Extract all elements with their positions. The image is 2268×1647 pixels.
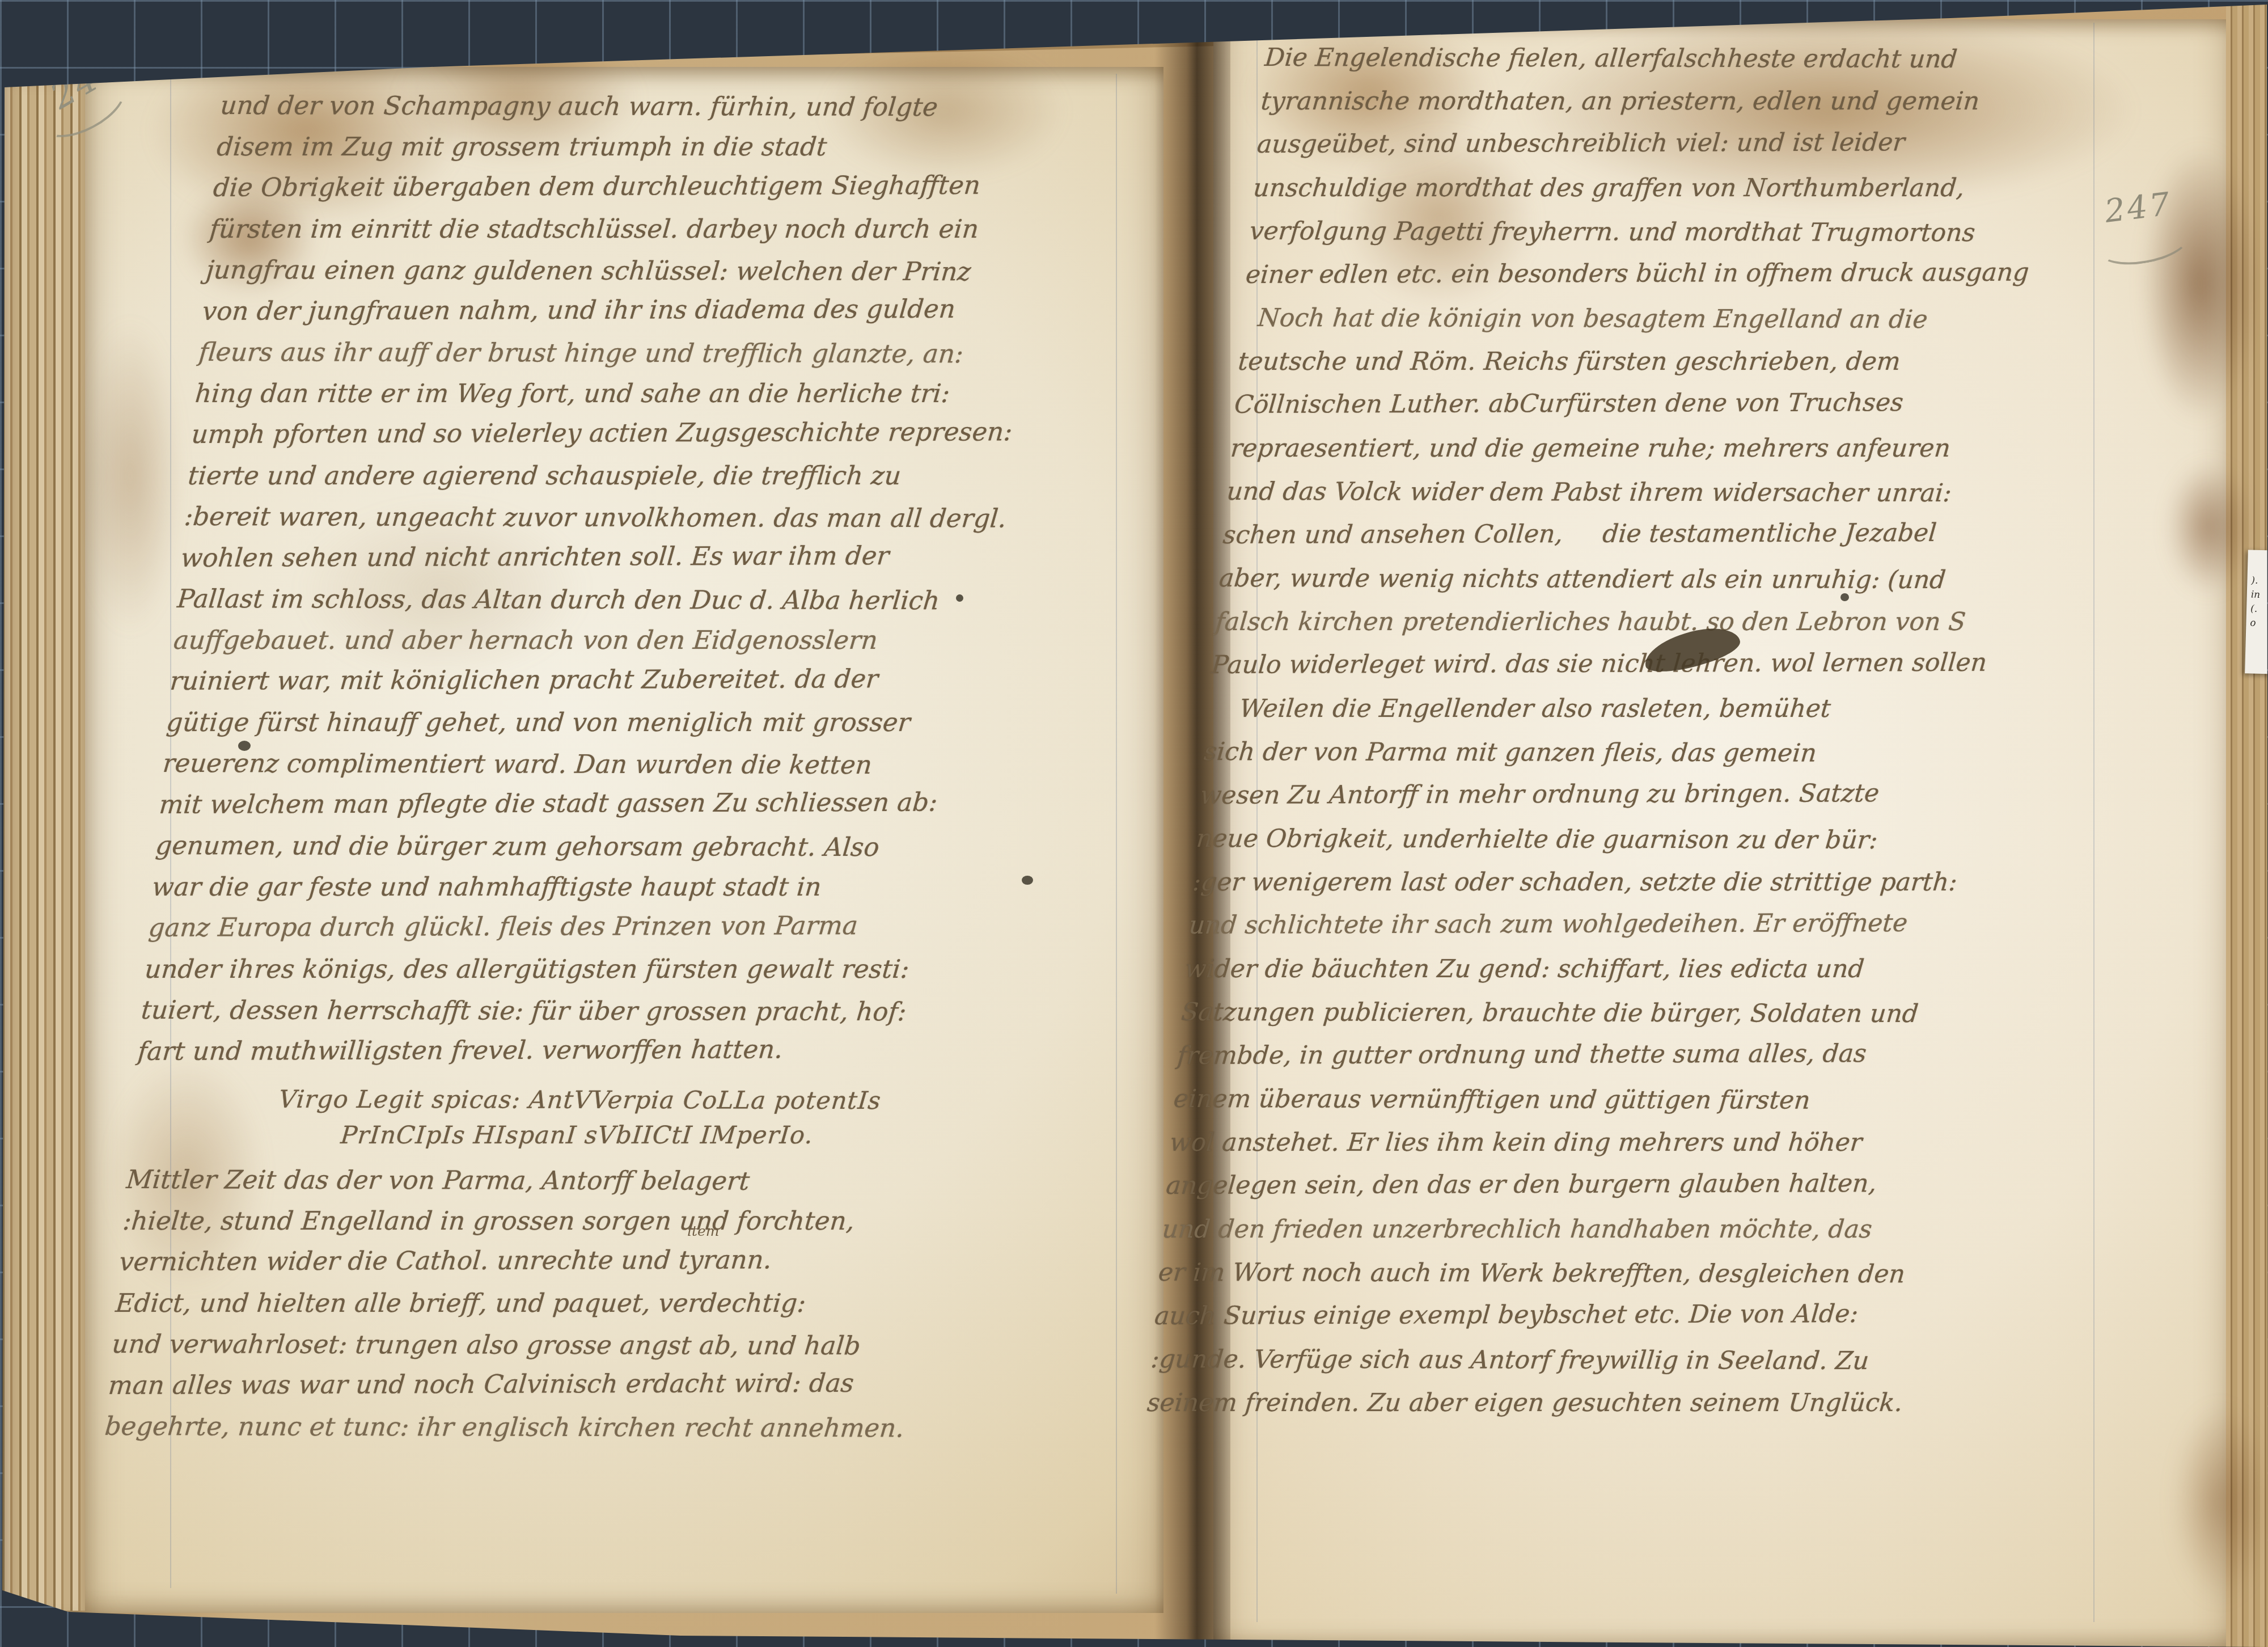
manuscript-line: :ger wenigerem last oder schaden, setzte… xyxy=(1191,861,2028,905)
manuscript-line: fürsten im einritt die stadtschlüssel. d… xyxy=(208,209,1105,250)
ink-fleck xyxy=(1840,593,1849,601)
manuscript-line: ruiniert war, mit königlichen pracht Zub… xyxy=(168,658,1065,702)
manuscript-line: seinem freinden. Zu aber eigen gesuchten… xyxy=(1145,1382,1983,1425)
manuscript-line: fart und muthwilligsten frevel. verworff… xyxy=(136,1028,1033,1072)
left-page-text: und der von Schampagny auch warn. fürhin… xyxy=(103,85,1115,1447)
manuscript-line: o xyxy=(2250,616,2268,631)
ink-fleck xyxy=(1022,876,1033,885)
manuscript-line: tierte und andere agierend schauspiele, … xyxy=(187,455,1083,497)
manuscript-line: Weilen die Engellender also rasleten, be… xyxy=(1206,687,2043,731)
manuscript-line: Edict, und hielten alle brieff, und paqu… xyxy=(114,1283,1010,1324)
manuscript-line: falsch kirchen pretendierliches haubt. s… xyxy=(1213,601,2051,644)
manuscript-line: :bereit waren, ungeacht zuvor unvolkhome… xyxy=(183,496,1079,539)
manuscript-line: Mittler Zeit das der von Parma, Antorff … xyxy=(125,1159,1021,1202)
manuscript-line: ganz Europa durch glückl. fleis des Prin… xyxy=(147,905,1044,948)
manuscript-line: Cöllnischen Luther. abCurfürsten dene vo… xyxy=(1233,381,2070,426)
manuscript-line: begehrte, nunc et tunc: ihr englisch kir… xyxy=(103,1406,1000,1449)
manuscript-line: und schlichtete ihr sach zum wohlgedeihe… xyxy=(1187,901,2025,947)
manuscript-line: aber, wurde wenig nichts attendiert als … xyxy=(1217,557,2055,602)
manuscript-line: Noch hat die königin von besagtem Engell… xyxy=(1240,297,2077,342)
manuscript-line: auffgebauet. und aber hernach von den Ei… xyxy=(172,620,1068,661)
left-text-bottom: Mittler Zeit das der von Parma, Antorff … xyxy=(103,1159,1021,1447)
manuscript-line: ausgeübet, sind unbeschreiblich viel: un… xyxy=(1255,120,2093,166)
manuscript-line: :gunde. Verfüge sich aus Antorf freywill… xyxy=(1149,1338,1986,1383)
manuscript-line: reuerenz complimentiert ward. Dan wurden… xyxy=(161,743,1057,786)
manuscript-line: Paulo widerleget wird. das sie nicht leh… xyxy=(1210,641,2047,687)
left-text-top: und der von Schampagny auch warn. fürhin… xyxy=(136,85,1115,1072)
manuscript-line: und den frieden unzerbrechlich handhaben… xyxy=(1161,1208,1998,1252)
manuscript-line: einem überaus vernünfftigen und güttigen… xyxy=(1172,1078,2009,1123)
manuscript-line: Virgo Legit spicas: AntVVerpia CoLLa pot… xyxy=(132,1081,1028,1120)
right-page-text: Die Engelendische fielen, allerfalschhes… xyxy=(1145,36,2100,1425)
ink-fleck xyxy=(956,594,963,602)
margin-slip: ).in(.o xyxy=(2245,550,2268,674)
manuscript-line: die Obrigkeit übergaben dem durchleuchti… xyxy=(211,164,1108,208)
manuscript-line: verfolgung Pagetti freyherrn. und mordth… xyxy=(1247,210,2085,255)
latin-chronogram: Virgo Legit spicas: AntVVerpia CoLLa pot… xyxy=(129,1081,1028,1154)
manuscript-line: wol anstehet. Er lies ihm kein ding mehr… xyxy=(1168,1121,2005,1165)
manuscript-line: wohlen sehen und nicht anrichten soll. E… xyxy=(179,535,1076,578)
manuscript-line: wider die bäuchten Zu gend: schiffart, l… xyxy=(1183,948,2021,991)
manuscript-line: Satzungen publicieren, brauchte die bürg… xyxy=(1179,991,2017,1036)
manuscript-line: ). xyxy=(2251,574,2268,589)
manuscript-line: vernichten wider die Cathol. unrechte un… xyxy=(117,1239,1014,1282)
manuscript-line: disem im Zug mit grossem triumph in die … xyxy=(215,126,1111,168)
manuscript-line: under ihres königs, des allergütigsten f… xyxy=(143,949,1039,990)
manuscript-line: und verwahrloset: trungen also grosse an… xyxy=(110,1324,1006,1367)
manuscript-line: tuiert, dessen herrschafft sie: für über… xyxy=(139,990,1036,1033)
manuscript-line: jungfrau einen ganz guldenen schlüssel: … xyxy=(204,250,1101,293)
manuscript-line: tyrannische mordthaten, an priestern, ed… xyxy=(1259,80,2097,124)
manuscript-line: Die Engelendische fielen, allerfalschhes… xyxy=(1263,36,2100,82)
manuscript-line: teutsche und Röm. Reichs fürsten geschri… xyxy=(1236,340,2074,384)
manuscript-line: schen und ansehen Collen, die testamentl… xyxy=(1221,511,2059,557)
manuscript-line: fleurs aus ihr auff der brust hinge und … xyxy=(197,332,1094,375)
paper-stain xyxy=(2166,459,2251,596)
manuscript-line: umph pforten und so vielerley actien Zug… xyxy=(190,411,1087,455)
manuscript-line: frembde, in gutter ordnung und thette su… xyxy=(1175,1032,2013,1078)
manuscript-line: war die gar feste und nahmhafftigste hau… xyxy=(150,867,1047,908)
manuscript-line: neue Obrigkeit, underhielte die guarniso… xyxy=(1195,817,2032,863)
manuscript-line: mit welchem man pflegte die stadt gassen… xyxy=(158,782,1055,825)
manuscript-line: :hielte, stund Engelland in grossen sorg… xyxy=(121,1201,1018,1242)
manuscript-line: PrInCIpIs HIspanI sVbIICtI IMperIo. xyxy=(129,1117,1025,1154)
manuscript-line: einer edlen etc. ein besonders büchl in … xyxy=(1244,251,2081,297)
manuscript-line: auch Surius einige exempl beybschet etc.… xyxy=(1153,1292,1990,1338)
ink-fleck xyxy=(238,741,251,751)
manuscript-line: angelegen sein, den das er den burgern g… xyxy=(1164,1162,2002,1207)
manuscript-line: genumen, und die bürger zum gehorsam geb… xyxy=(154,825,1050,868)
manuscript-line: in xyxy=(2250,588,2268,603)
manuscript-line: hing dan ritte er im Weg fort, und sahe … xyxy=(193,373,1090,415)
manuscript-line: gütige fürst hinauff gehet, und von meni… xyxy=(165,702,1061,744)
margin-rule xyxy=(1116,74,1117,1594)
interlinear-note: item xyxy=(687,1223,720,1239)
paper-stain xyxy=(79,318,181,635)
manuscript-line: unschuldige mordthat des graffen von Nor… xyxy=(1251,167,2089,210)
manuscript-line: Pallast im schloss, das Altan durch den … xyxy=(175,578,1072,622)
manuscript-line: repraesentiert, und die gemeine ruhe; me… xyxy=(1229,427,2066,471)
manuscript-line: und das Volck wider dem Pabst ihrem wide… xyxy=(1225,470,2062,516)
paper-stain xyxy=(2172,1401,2268,1605)
manuscript-line: sich der von Parma mit ganzen fleis, das… xyxy=(1202,730,2039,776)
manuscript-line: (. xyxy=(2250,602,2268,617)
manuscript-line: er im Wort noch auch im Werk bekrefften,… xyxy=(1157,1251,1994,1297)
manuscript-line: von der jungfrauen nahm, und ihr ins dia… xyxy=(201,288,1098,332)
manuscript-line: man alles was war und noch Calvinisch er… xyxy=(107,1362,1004,1406)
manuscript-line: und der von Schampagny auch warn. fürhin… xyxy=(219,85,1115,128)
manuscript-line: wesen Zu Antorff in mehr ordnung zu brin… xyxy=(1199,771,2036,817)
margin-rule xyxy=(2093,23,2094,1622)
page-stack-edge xyxy=(5,66,91,1611)
manuscript-book: und der von Schampagny auch warn. fürhin… xyxy=(0,0,2268,1647)
photo-stage: und der von Schampagny auch warn. fürhin… xyxy=(0,0,2268,1647)
